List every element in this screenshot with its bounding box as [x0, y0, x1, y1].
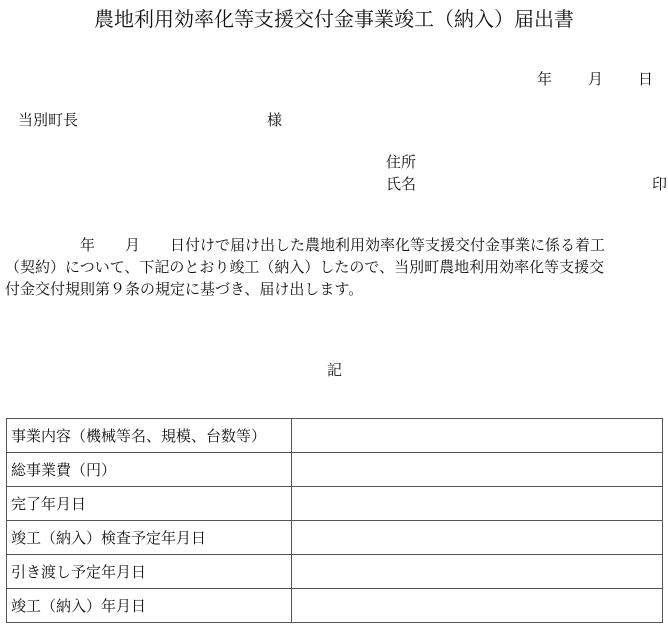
- date-month-label: 月: [588, 68, 603, 89]
- row-value: [292, 589, 663, 623]
- date-year-label: 年: [537, 68, 552, 89]
- addressee-name: 当別町長: [18, 109, 78, 130]
- row-label: 完了年月日: [7, 487, 292, 521]
- applicant-name-label: 氏名: [386, 173, 416, 194]
- row-label: 引き渡し予定年月日: [7, 555, 292, 589]
- body-line-3: 付金交付規則第９条の規定に基づき、届け出します。: [5, 278, 665, 300]
- addressee-honorific: 様: [267, 109, 282, 130]
- applicant-address-label: 住所: [386, 151, 416, 172]
- body-line-2: （契約）について、下記のとおり竣工（納入）したので、当別町農地利用効率化等支援交: [5, 256, 665, 278]
- table-row: 完了年月日: [7, 487, 663, 521]
- date-line: 年 月 日: [0, 68, 668, 88]
- row-value: [292, 521, 663, 555]
- row-value: [292, 419, 663, 453]
- row-label: 竣工（納入）検査予定年月日: [7, 521, 292, 555]
- row-label: 事業内容（機械等名、規模、台数等）: [7, 419, 292, 453]
- body-paragraph: 年 月 日付けで届け出した農地利用効率化等支援交付金事業に係る着工 （契約）につ…: [5, 234, 665, 300]
- row-label: 竣工（納入）年月日: [7, 589, 292, 623]
- table-row: 竣工（納入）年月日: [7, 589, 663, 623]
- details-table: 事業内容（機械等名、規模、台数等） 総事業費（円） 完了年月日 竣工（納入）検査…: [6, 418, 663, 623]
- document-title: 農地利用効率化等支援交付金事業竣工（納入）届出書: [0, 3, 668, 32]
- row-label: 総事業費（円）: [7, 453, 292, 487]
- body-line-1: 年 月 日付けで届け出した農地利用効率化等支援交付金事業に係る着工: [5, 234, 665, 256]
- table-row: 事業内容（機械等名、規模、台数等）: [7, 419, 663, 453]
- date-day-label: 日: [638, 68, 653, 89]
- row-value: [292, 453, 663, 487]
- table-row: 引き渡し予定年月日: [7, 555, 663, 589]
- table-row: 竣工（納入）検査予定年月日: [7, 521, 663, 555]
- table-row: 総事業費（円）: [7, 453, 663, 487]
- note-heading: 記: [327, 359, 342, 380]
- row-value: [292, 487, 663, 521]
- seal-mark: 印: [652, 173, 667, 194]
- row-value: [292, 555, 663, 589]
